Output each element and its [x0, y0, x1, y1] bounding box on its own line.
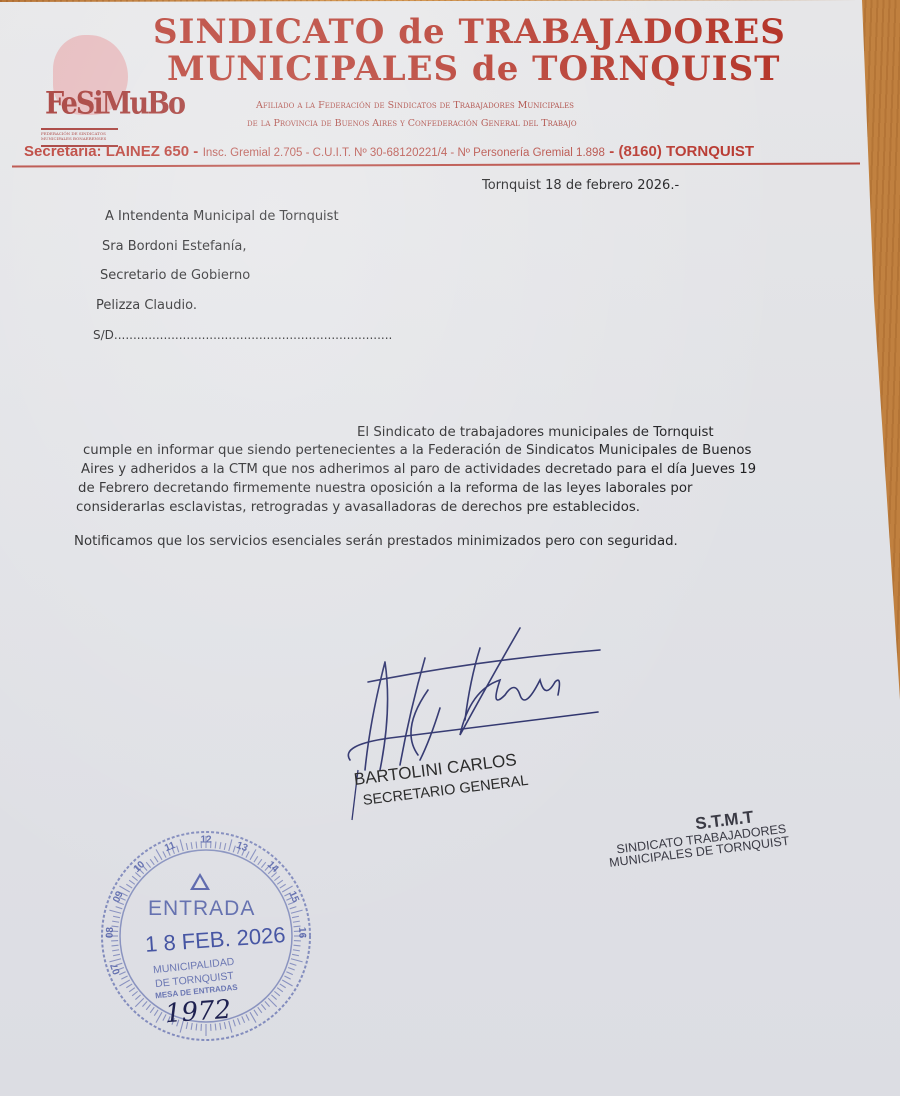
letterhead-rule: [12, 163, 860, 168]
logo-subtitle: Federación de Sindicatos Municipales Bon…: [41, 131, 121, 141]
svg-text:13: 13: [235, 840, 250, 855]
letterhead-title-line1: SINDICATO de TRABAJADORES: [153, 12, 786, 52]
secretaria-address: Secretaría: LAINEZ 650 -: [24, 143, 198, 160]
entry-date-stamp: 07080910111213141516 ENTRADA 1 8 FEB. 20…: [95, 825, 317, 1047]
recipient-line: Secretario de Gobierno: [100, 268, 250, 283]
logo-divider: [41, 128, 118, 130]
svg-text:15: 15: [286, 890, 301, 905]
body-line: de Febrero decretando firmemente nuestra…: [78, 481, 692, 496]
recipient-line: Sra Bordoni Estefanía,: [102, 239, 246, 254]
handwritten-entry-number: 1972: [164, 995, 232, 1030]
postal-city: - (8160) TORNQUIST: [609, 143, 754, 160]
triangle-icon-inner: [194, 877, 206, 888]
recipient-line: A Intendenta Municipal de Tornquist: [105, 209, 339, 224]
body-line: Aires y adheridos a la CTM que nos adher…: [81, 462, 756, 477]
closing-line: Notificamos que los servicios esenciales…: [74, 534, 678, 549]
body-line: cumple en informar que siendo pertenecie…: [83, 443, 751, 458]
svg-text:14: 14: [265, 859, 281, 875]
logo-fesimubo: FeSiMuBo: [45, 86, 184, 122]
body-line: El Sindicato de trabajadores municipales…: [357, 425, 714, 440]
svg-text:12: 12: [200, 835, 212, 846]
svg-text:16: 16: [296, 927, 307, 939]
affiliation-line1: Afiliado a la Federación de Sindicatos d…: [256, 100, 574, 111]
recipient-line: Pelizza Claudio.: [96, 298, 197, 313]
letter-paper: FeSiMuBo Federación de Sindicatos Munici…: [0, 0, 900, 1096]
signature-block: BARTOLINI CARLOS SECRETARIO GENERAL: [330, 620, 630, 840]
svg-text:10: 10: [132, 859, 148, 875]
union-rubber-stamp: S.T.M.T SINDICATO TRABAJADORES MUNICIPAL…: [600, 820, 800, 871]
letter-date: Tornquist 18 de febrero 2026.-: [482, 178, 679, 193]
letterhead-title-line2: MUNICIPALES de TORNQUIST: [167, 49, 780, 89]
affiliation-line2: de la Provincia de Buenos Aires y Confed…: [247, 118, 577, 129]
body-line: considerarlas esclavistas, retrogradas y…: [76, 500, 640, 515]
stamp-entrada-label: ENTRADA: [148, 897, 255, 921]
svg-text:09: 09: [111, 889, 126, 904]
registration-info: Insc. Gremial 2.705 - C.U.I.T. Nº 30-681…: [203, 147, 605, 159]
svg-text:08: 08: [105, 926, 116, 938]
svg-text:11: 11: [163, 840, 177, 854]
contact-line: Secretaría: LAINEZ 650 - Insc. Gremial 2…: [24, 143, 754, 161]
recipient-sd: S/D.....................................…: [93, 328, 392, 342]
